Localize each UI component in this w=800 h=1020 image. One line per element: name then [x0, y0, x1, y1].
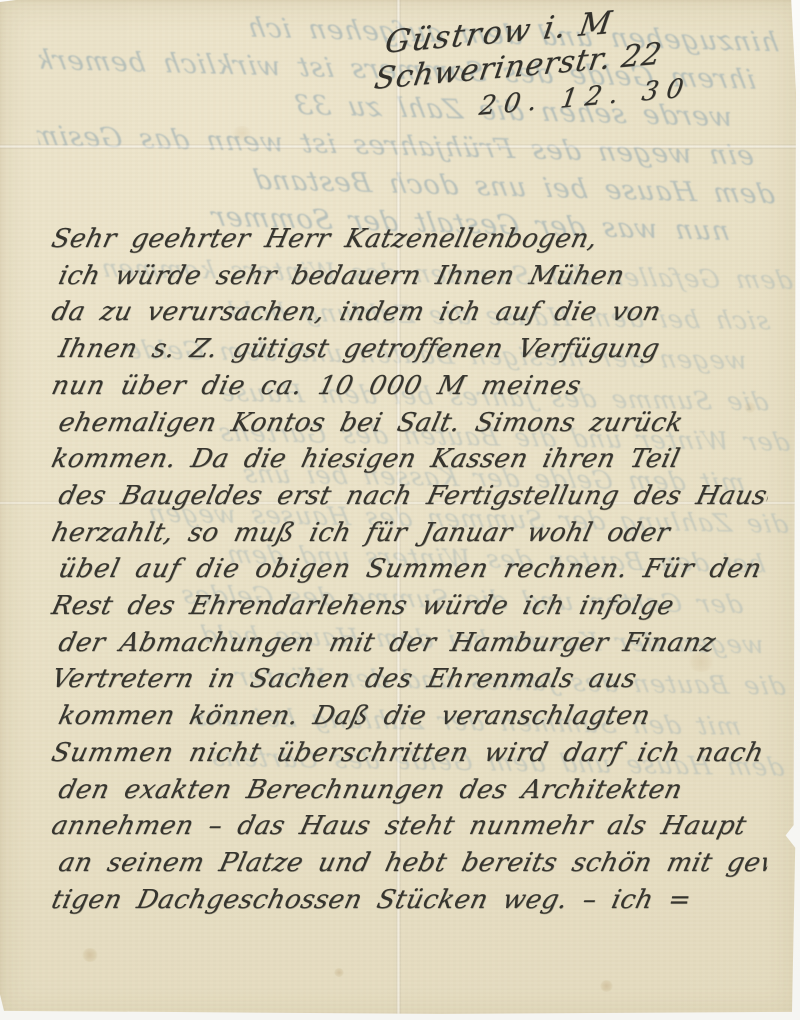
handwriting-line: kommen können. Daß die veranschlagten [55, 698, 772, 735]
handwriting-line: da zu verursachen, indem ich auf die von [48, 294, 772, 331]
handwriting-line: ehemaligen Kontos bei Salt. Simons zurüc… [55, 405, 772, 442]
scan-background: { "letter": { "header": { "place_line": … [0, 0, 800, 1020]
handwriting-line: Rest des Ehrendarlehens würde ich infolg… [48, 588, 772, 625]
handwriting-line: kommen. Da die hiesigen Kassen ihren Tei… [48, 441, 772, 478]
letter-body: Sehr geehrter Herr Katzenellenbogen,ich … [52, 221, 768, 918]
handwriting-line: tigen Dachgeschossen Stücken weg. – ich … [48, 882, 772, 919]
foxing-spot [334, 968, 344, 977]
handwriting-line: herzahlt, so muß ich für Januar wohl ode… [48, 515, 772, 552]
handwriting-line: nun über die ca. 10 000 M meines [48, 368, 772, 405]
handwriting-line: Ihnen s. Z. gütigst getroffenen Verfügun… [55, 331, 772, 368]
handwriting-line: annehmen – das Haus steht nunmehr als Ha… [48, 808, 772, 845]
fold-crease-horizontal-top [0, 144, 800, 149]
handwriting-line: übel auf die obigen Summen rechnen. Für … [55, 551, 772, 588]
handwriting-line: des Baugeldes erst nach Fertigstellung d… [55, 478, 772, 515]
handwriting-line: Summen nicht überschritten wird darf ich… [48, 735, 772, 772]
handwriting-line: ich würde sehr bedauern Ihnen Mühen [55, 258, 772, 295]
foxing-spot [232, 126, 252, 140]
handwriting-line: der Abmachungen mit der Hamburger Finanz [55, 625, 772, 662]
letter-header: Güstrow i. M Schwerinerstr. 22 20. 12. 3… [370, 0, 692, 130]
foxing-spot [82, 948, 98, 962]
letter-paper: hinzugeben und dem aufgehen ichihrem Gel… [0, 0, 800, 1020]
handwriting-line: Vertretern in Sachen des Ehrenmals aus [48, 661, 772, 698]
handwriting-line: den exakten Berechnungen des Architekten [55, 772, 772, 809]
foxing-spot [600, 980, 613, 992]
handwriting-line: an seinem Platze und hebt bereits schön … [55, 845, 772, 882]
handwriting-line: Sehr geehrter Herr Katzenellenbogen, [48, 221, 772, 258]
bleedthrough-line: dem Hause bei uns doch Bestand [33, 156, 778, 215]
